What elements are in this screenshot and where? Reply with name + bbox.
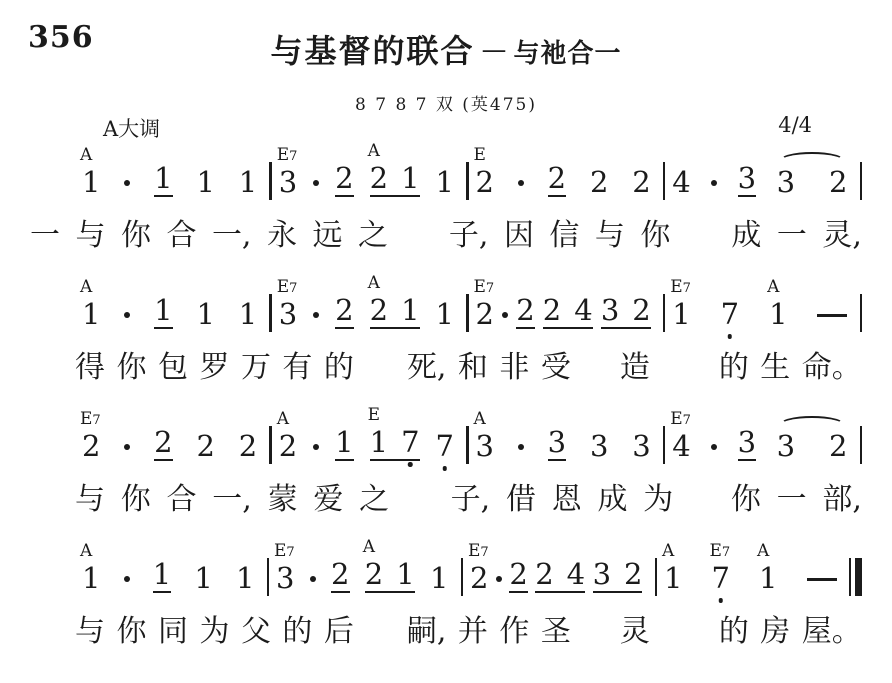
note: 1A (82, 300, 100, 329)
lyric-syllable: 与 (75, 616, 105, 648)
held-note-dash (807, 578, 837, 582)
note-digit: 1 (196, 300, 214, 329)
key-time-row: A大调 4/4 (103, 113, 812, 143)
lyric-syllable: 借 (506, 484, 536, 516)
lyrics-line: 得你包罗万有的死,和非受造的生命。 (75, 352, 862, 384)
note: 2 (548, 164, 566, 197)
lyric-syllable: 房 (760, 616, 790, 648)
note: 2 (632, 168, 650, 197)
duration-dot (313, 312, 319, 318)
lyric-syllable: 造 (620, 352, 650, 384)
meter-line: 8 7 8 7 双 (英475) (0, 90, 892, 115)
note-digit: 4 (672, 432, 690, 461)
note-digit: 1 (759, 564, 777, 593)
note-digit: 2 (82, 432, 100, 461)
note-digit: 2 (470, 564, 488, 593)
lyric-syllable: 子, (449, 220, 489, 252)
note-digit: 3 (279, 300, 297, 329)
low-octave-dot (408, 462, 413, 467)
note-digit: 7 (712, 564, 730, 593)
note-digit: 1 (396, 560, 414, 589)
lyric-gap (365, 640, 395, 641)
measure: 2E722432 (463, 560, 655, 593)
note-digit: 2 (509, 560, 527, 589)
lyric-syllable: 圣 (541, 616, 571, 648)
note: 1 (194, 564, 212, 593)
note: 7 (721, 300, 739, 329)
lyric-syllable: 并 (458, 616, 488, 648)
note-digit: 1 (82, 564, 100, 593)
measure: 4332 (665, 164, 859, 197)
chord-label: A (80, 279, 92, 296)
tie-group: 32 (777, 168, 848, 197)
note: 7E7 (712, 564, 730, 593)
note: 2 (509, 560, 527, 593)
note-digit: 2 (196, 432, 214, 461)
note-digit: 4 (574, 296, 592, 325)
lyric-syllable: 为 (643, 484, 673, 516)
held-note-dash (817, 314, 847, 318)
low-octave-dot (728, 334, 733, 339)
note-digit: 2 (331, 560, 349, 589)
lyric-syllable: 子, (451, 484, 491, 516)
note: 3 (738, 164, 756, 197)
measure: 1A111 (75, 296, 269, 329)
barline (860, 294, 863, 332)
note: 1 (430, 564, 448, 593)
note-group: 24 (543, 296, 593, 329)
title-dash: — (482, 35, 507, 64)
measure: 3E7221A1 (272, 296, 466, 329)
tie-group: 32 (777, 432, 848, 461)
note: 3E7 (279, 168, 297, 197)
note-group: 24 (535, 560, 585, 593)
measure: 2A117E7 (272, 428, 466, 461)
lyric-syllable: 的 (719, 352, 749, 384)
chord-label: E7 (277, 279, 298, 296)
lyric-syllable: 你 (731, 484, 761, 516)
lyric-syllable: 之 (359, 484, 389, 516)
lyric-gap (582, 376, 608, 377)
note: 2 (331, 560, 349, 593)
duration-dot (124, 180, 130, 186)
lyric-gap (661, 376, 707, 377)
note-digit: 1 (154, 164, 172, 193)
duration-dot (518, 444, 524, 450)
lyric-syllable: 生 (760, 352, 790, 384)
note-digit: 2 (476, 300, 494, 329)
chord-label: E (474, 147, 486, 164)
music-line: 1A1113E7221A12E7224321E771A (75, 279, 862, 329)
barline (860, 162, 863, 200)
lyric-syllable: 一, (212, 484, 252, 516)
lyric-syllable: 父 (241, 616, 271, 648)
lyric-syllable: 成 (731, 220, 761, 252)
note: 1E7 (672, 300, 690, 329)
measure: 3E7221A1 (272, 164, 466, 197)
lyric-syllable: 的 (719, 616, 749, 648)
note: 1 (196, 300, 214, 329)
note: 1 (153, 560, 171, 593)
lyric-syllable: 灵 (620, 616, 650, 648)
chord-label: E7 (670, 411, 691, 428)
lyric-syllable: 一 (30, 220, 60, 252)
chord-label: E7 (80, 411, 101, 428)
note-digit: 1 (401, 296, 419, 325)
note: 3A (476, 432, 494, 461)
chord-seventh: 7 (480, 545, 488, 560)
note-digit: 1 (401, 164, 419, 193)
lyric-syllable: 有 (282, 352, 312, 384)
chord-label: E7 (474, 279, 495, 296)
note-digit: 1 (436, 168, 454, 197)
note-digit: 2 (365, 560, 383, 589)
lyric-syllable: 成 (598, 484, 628, 516)
note-digit: 7 (721, 300, 739, 329)
note-digit: 1 (672, 300, 690, 329)
lyric-syllable: 和 (458, 352, 488, 384)
lyric-syllable: 作 (499, 616, 529, 648)
note: 1 (335, 428, 353, 461)
lyric-syllable: 你 (116, 616, 146, 648)
chord-label: E7 (710, 543, 731, 560)
note-group: 21A (370, 164, 420, 197)
title-main: 与基督的联合 (270, 32, 474, 70)
lyric-syllable: 你 (121, 220, 151, 252)
note-digit: 2 (370, 164, 388, 193)
chord-label: A (474, 411, 486, 428)
title-subtitle: 与祂合一 (514, 39, 622, 69)
note-digit: 1 (82, 168, 100, 197)
note: 3E7 (276, 564, 294, 593)
measure: 2E7222 (75, 428, 269, 461)
note-digit: 1 (430, 564, 448, 593)
lyric-syllable: 与 (75, 220, 105, 252)
lyric-syllable: 嗣, (407, 616, 447, 648)
chord-seventh: 7 (722, 545, 730, 560)
lyric-gap (661, 640, 707, 641)
note-digit: 2 (154, 428, 172, 457)
chord-seventh: 7 (289, 149, 297, 164)
note: 2 (154, 428, 172, 461)
lyric-syllable: 一, (212, 220, 252, 252)
chord-seventh: 7 (289, 281, 297, 296)
lyric-syllable: 一 (777, 220, 807, 252)
chord-label: A (277, 411, 289, 428)
lyric-syllable: 你 (116, 352, 146, 384)
note: 2E7 (476, 300, 494, 329)
duration-dot (124, 444, 130, 450)
note-digit: 1 (436, 300, 454, 329)
lyrics-line: 与你同为父的后嗣,并作圣灵的房屋。 (75, 616, 862, 648)
note-digit: 1 (196, 168, 214, 197)
note-group: 21A (365, 560, 415, 593)
lyric-syllable: 屋。 (802, 616, 862, 648)
duration-dot (124, 312, 130, 318)
note: 7 (436, 432, 454, 461)
duration-dot (124, 576, 130, 582)
lyric-syllable: 与 (75, 484, 105, 516)
lyric-syllable: 合 (166, 220, 196, 252)
chord-label: E (368, 407, 380, 424)
note-digit: 7 (401, 428, 419, 457)
lyric-syllable: 为 (199, 616, 229, 648)
lyric-syllable: 与 (595, 220, 625, 252)
duration-dot (711, 444, 717, 450)
note-digit: 2 (548, 164, 566, 193)
note: 1 (239, 300, 257, 329)
note-digit: 3 (590, 432, 608, 461)
note: 1A (82, 168, 100, 197)
note-digit: 2 (335, 164, 353, 193)
note-digit: 1 (239, 300, 257, 329)
duration-dot (502, 312, 508, 318)
chord-label: A (368, 143, 380, 160)
note: 1A (759, 564, 777, 593)
lyric-syllable: 蒙 (268, 484, 298, 516)
lyric-gap (405, 508, 435, 509)
note-digit: 4 (672, 168, 690, 197)
note-digit: 1 (236, 564, 254, 593)
note: 3 (632, 432, 650, 461)
note: 2 (196, 432, 214, 461)
chord-seventh: 7 (486, 281, 494, 296)
key-signature: A大调 (103, 113, 160, 143)
lyric-syllable: 非 (499, 352, 529, 384)
lyric-syllable: 灵, (822, 220, 862, 252)
note: 2E (476, 168, 494, 197)
chord-seventh: 7 (92, 413, 100, 428)
lyrics-line: 一与你合一,永远之子,因信与你成一灵, (30, 220, 862, 252)
note: 1A (82, 564, 100, 593)
lyric-syllable: 同 (158, 616, 188, 648)
note-digit: 4 (567, 560, 585, 589)
note: 2E7 (470, 564, 488, 593)
note-digit: 2 (543, 296, 561, 325)
note-digit: 2 (632, 296, 650, 325)
note: 1 (236, 564, 254, 593)
note-digit: 2 (632, 168, 650, 197)
lyric-syllable: 包 (158, 352, 188, 384)
lyric-syllable: 你 (640, 220, 670, 252)
chord-seventh: 7 (683, 281, 691, 296)
lyric-syllable: 你 (121, 484, 151, 516)
measure: 1E771A (665, 300, 859, 329)
note-digit: 2 (829, 432, 847, 461)
chord-label: E7 (670, 279, 691, 296)
lyric-syllable: 信 (549, 220, 579, 252)
hymn-page: 356 与基督的联合—与祂合一 8 7 8 7 双 (英475) A大调 4/4… (0, 0, 892, 683)
note: 4E7 (672, 432, 690, 461)
note-digit: 1 (154, 296, 172, 325)
lyric-syllable: 得 (75, 352, 105, 384)
measure: 4E7332 (665, 428, 859, 461)
chord-label: E7 (277, 147, 298, 164)
lyric-syllable: 因 (504, 220, 534, 252)
measure: 1A111 (75, 560, 267, 593)
note-digit: 3 (777, 168, 795, 197)
note: 1 (239, 168, 257, 197)
lyric-syllable: 的 (324, 352, 354, 384)
lyric-gap (365, 376, 395, 377)
note-digit: 3 (601, 296, 619, 325)
note-digit: 2 (624, 560, 642, 589)
note-digit: 1 (370, 428, 388, 457)
lyric-syllable: 后 (324, 616, 354, 648)
lyric-syllable: 爱 (313, 484, 343, 516)
note-digit: 1 (664, 564, 682, 593)
chord-label: A (363, 539, 375, 556)
music-line: 1A1113E7221A12E7224321A7E71A (75, 543, 862, 593)
lyric-syllable: 万 (241, 352, 271, 384)
lyric-syllable: 恩 (552, 484, 582, 516)
note-digit: 2 (516, 296, 534, 325)
chord-label: A (80, 543, 92, 560)
lyric-syllable: 部, (822, 484, 862, 516)
note-digit: 3 (632, 432, 650, 461)
note: 3E7 (279, 300, 297, 329)
note-digit: 3 (593, 560, 611, 589)
note-digit: 3 (476, 432, 494, 461)
chord-label: A (368, 275, 380, 292)
note: 2 (335, 296, 353, 329)
note-digit: 2 (535, 560, 553, 589)
note-digit: 3 (276, 564, 294, 593)
note-digit: 2 (590, 168, 608, 197)
chord-label: E7 (274, 543, 295, 560)
chord-label: E7 (468, 543, 489, 560)
measure: 2E222 (469, 164, 663, 197)
music-line: 2E72222A117E73A3334E7332 (75, 411, 862, 461)
lyric-syllable: 罗 (199, 352, 229, 384)
note-digit: 1 (335, 428, 353, 457)
note-digit: 3 (279, 168, 297, 197)
chord-label: A (757, 543, 769, 560)
note-digit: 3 (738, 164, 756, 193)
low-octave-dot (442, 466, 447, 471)
final-barline (849, 558, 863, 596)
note-digit: 2 (476, 168, 494, 197)
measure: 3E7221A1 (269, 560, 461, 593)
note: 2 (239, 432, 257, 461)
lyric-gap (686, 244, 716, 245)
note-digit: 1 (769, 300, 787, 329)
note: 2E7 (82, 432, 100, 461)
note: 2 (590, 168, 608, 197)
duration-dot (711, 180, 717, 186)
note: 2 (516, 296, 534, 329)
lyric-syllable: 永 (267, 220, 297, 252)
note: 1 (436, 168, 454, 197)
note-group: 21A (370, 296, 420, 329)
chord-label: A (767, 279, 779, 296)
lyric-gap (689, 508, 715, 509)
score: 1A1113E7221A12E2224332一与你合一,永远之子,因信与你成一灵… (75, 147, 862, 675)
duration-dot (496, 576, 502, 582)
measure: 1A111 (75, 164, 269, 197)
note: 1A (664, 564, 682, 593)
note-digit: 1 (153, 560, 171, 589)
lyric-syllable: 死, (407, 352, 447, 384)
measure: 3A333 (469, 428, 663, 461)
chord-seventh: 7 (286, 545, 294, 560)
note: 3 (548, 428, 566, 461)
lyric-gap (403, 244, 433, 245)
measure: 2E722432 (469, 296, 663, 329)
note: 3 (590, 432, 608, 461)
duration-dot (518, 180, 524, 186)
note-digit: 2 (829, 168, 847, 197)
note-digit: 2 (335, 296, 353, 325)
duration-dot (313, 180, 319, 186)
lyric-syllable: 的 (282, 616, 312, 648)
note: 2 (335, 164, 353, 197)
note-digit: 2 (279, 432, 297, 461)
lyric-syllable: 受 (541, 352, 571, 384)
music-line: 1A1113E7221A12E2224332 (75, 147, 862, 197)
lyric-syllable: 之 (358, 220, 388, 252)
note: 3 (738, 428, 756, 461)
note: 1 (436, 300, 454, 329)
note: 1A (769, 300, 787, 329)
note-digit: 3 (738, 428, 756, 457)
note-group: 32 (593, 560, 643, 593)
note-digit: 1 (239, 168, 257, 197)
lyrics-line: 与你合一,蒙爱之子,借恩成为你一部, (75, 484, 862, 516)
duration-dot (313, 444, 319, 450)
note-digit: 3 (548, 428, 566, 457)
note-digit: 3 (777, 432, 795, 461)
note: 2A (279, 432, 297, 461)
barline (860, 426, 863, 464)
low-octave-dot (718, 598, 723, 603)
lyric-syllable: 命。 (802, 352, 862, 384)
lyric-syllable: 合 (167, 484, 197, 516)
note: 1 (154, 296, 172, 329)
note: 1 (196, 168, 214, 197)
note-digit: 2 (239, 432, 257, 461)
note-digit: 1 (194, 564, 212, 593)
duration-dot (310, 576, 316, 582)
note: 1 (154, 164, 172, 197)
note-digit: 7 (436, 432, 454, 461)
chord-seventh: 7 (683, 413, 691, 428)
lyric-syllable: 远 (312, 220, 342, 252)
chord-label: A (662, 543, 674, 560)
note-digit: 2 (370, 296, 388, 325)
time-signature: 4/4 (778, 113, 812, 143)
note-group: 32 (601, 296, 651, 329)
lyric-gap (582, 640, 608, 641)
page-title: 与基督的联合—与祂合一 (0, 26, 892, 72)
note-group: 17E (370, 428, 420, 461)
measure: 1A7E71A (657, 564, 849, 593)
chord-label: A (80, 147, 92, 164)
note-digit: 1 (82, 300, 100, 329)
note: 4 (672, 168, 690, 197)
lyric-syllable: 一 (777, 484, 807, 516)
